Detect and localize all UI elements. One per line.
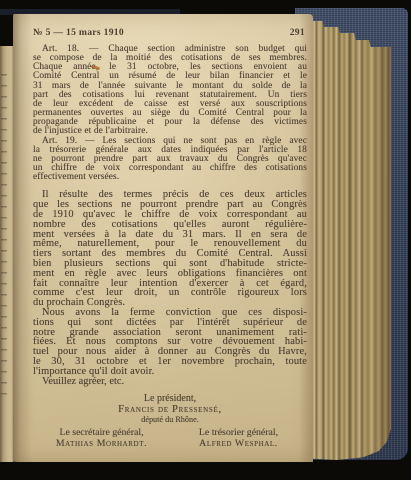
- closing-line: Veuillez agréer, etc.: [33, 377, 307, 387]
- facing-page-edge: [0, 46, 14, 462]
- book-photo-scene: № 5 — 15 mars 1910 291 Art. 18. — Chaque…: [0, 0, 411, 480]
- page-number: 291: [290, 27, 305, 38]
- officials-signature-row: Le secrétaire général, Mathias Morhardt.…: [33, 428, 307, 448]
- president-name: Francis de Pressensé,: [33, 405, 307, 416]
- article-19-paragraph: Art. 19. — Les sections qui ne sont pas …: [33, 137, 307, 183]
- article-18-paragraph: Art. 18. — Chaque section administre son…: [33, 45, 307, 137]
- fore-edge-page-stack: [303, 14, 391, 460]
- facing-page-text-fragments: [1, 74, 7, 398]
- treasurer-name: Alfred Wesphal.: [170, 439, 307, 449]
- treasurer-signature: Le trésorier général, Alfred Wesphal.: [170, 428, 307, 448]
- signature-block: Le président, Francis de Pressensé, dépu…: [33, 394, 307, 424]
- president-role: député du Rhône.: [33, 415, 307, 424]
- commentary-paragraph-1: Il résulte des termes précis de ces deux…: [33, 190, 307, 308]
- secretary-signature: Le secrétaire général, Mathias Morhardt.: [33, 428, 170, 448]
- commentary-paragraph-2: Nous avons la ferme conviction que ces d…: [33, 308, 307, 377]
- page-header: № 5 — 15 mars 1910 291: [33, 27, 305, 38]
- secretary-name: Mathias Morhardt.: [33, 439, 170, 449]
- issue-date-label: № 5 — 15 mars 1910: [33, 27, 124, 38]
- scanned-page: № 5 — 15 mars 1910 291 Art. 18. — Chaque…: [13, 14, 313, 462]
